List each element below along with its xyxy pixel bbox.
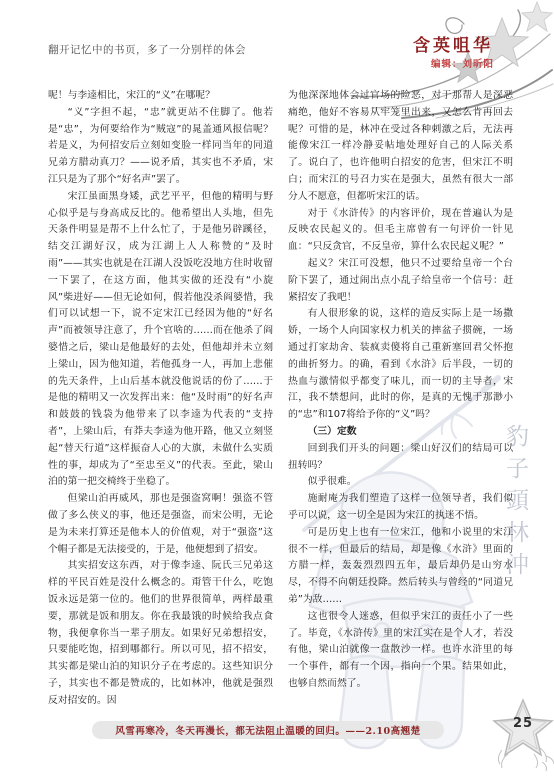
footer-quote-pill: 风雪再寒冷，冬天再漫长，都无法阻止温暖的回归。 ——2.10高翘楚 [92,721,444,739]
right-text-column: 为他深深地体会过官场的险恶，对于那帮人是深恶痛绝，他好不容易从牢笼里出来，又怎么… [288,88,513,693]
paragraph: 回到我们开头的问题：梁山好汉们的结局可以扭转吗？ [288,441,513,475]
paragraph: 起义？宋江可没想，他只不过要给皇帝一个台阶下罢了，通过闹出点小乱子给皇帝一个信号… [288,256,513,306]
page-number-star-icon [490,692,554,772]
footer-attribution: ——2.10高翘楚 [345,723,420,737]
section-heading: （三）定数 [288,424,513,441]
page-subtitle: 翻开记忆中的书页，多了一分别样的体会 [48,42,308,57]
magazine-page: 翻开记忆中的书页，多了一分别样的体会 含英咀华 编辑：刘昕阳 豹子頭林沖 呢！与… [0,0,554,779]
paragraph: “义”字担不起，“忠”就更站不住脚了。他若是“忠”，为何要给作为“贼寇”的晁盖通… [48,105,273,189]
paragraph: 呢！与李逵相比，宋江的“义”在哪呢？ [48,88,273,105]
page-number: 25 [508,716,538,731]
left-text-column: 呢！与李逵相比，宋江的“义”在哪呢？ “义”字担不起，“忠”就更站不住脚了。他若… [48,88,273,709]
paragraph: 似乎很难。 [288,474,513,491]
paragraph: 施耐庵为我们塑造了这样一位领导者，我们似乎可以说，这一切全是因为宋江的执迷不悟。 [288,491,513,525]
editor-credit: 编辑：刘昕阳 [431,56,494,70]
paragraph: 可是历史上也有一位宋江，他和小说里的宋江很不一样，但最后的结局，却是像《水浒》里… [288,525,513,609]
footer-quote: 风雪再寒冷，冬天再漫长，都无法阻止温暖的回归。 [115,723,345,737]
paragraph: 宋江虽面黑身矮，武艺平平，但他的精明与野心似乎是与身高成反比的。他希望出人头地，… [48,189,273,491]
paragraph: 有人很形象的说，这样的造反实际上是一场撒娇，一场个人向国家权力机关的摔盆子掼碗，… [288,306,513,424]
paragraph: 但梁山泊再威风，那也是强盗窝啊！强盗不管做了多么侠义的事，他还是强盗，而宋公明，… [48,491,273,558]
column-title: 含英咀华 [413,31,493,56]
star-icon [522,2,552,31]
paragraph: 其实招安这东西，对于像李逵、阮氏三兄弟这样的平民百姓是没什么概念的。甭管干什么，… [48,558,273,709]
paragraph: 为他深深地体会过官场的险恶，对于那帮人是深恶痛绝，他好不容易从牢笼里出来，又怎么… [288,88,513,206]
paragraph: 这也很令人迷惑，但似乎宋江的责任小了一些了。毕竟，《水浒传》里的宋江实在是个人才… [288,609,513,693]
paragraph: 对于《水浒传》的内容评价，现在普遍认为是反映农民起义的。但毛主席曾有一句评价一针… [288,206,513,256]
